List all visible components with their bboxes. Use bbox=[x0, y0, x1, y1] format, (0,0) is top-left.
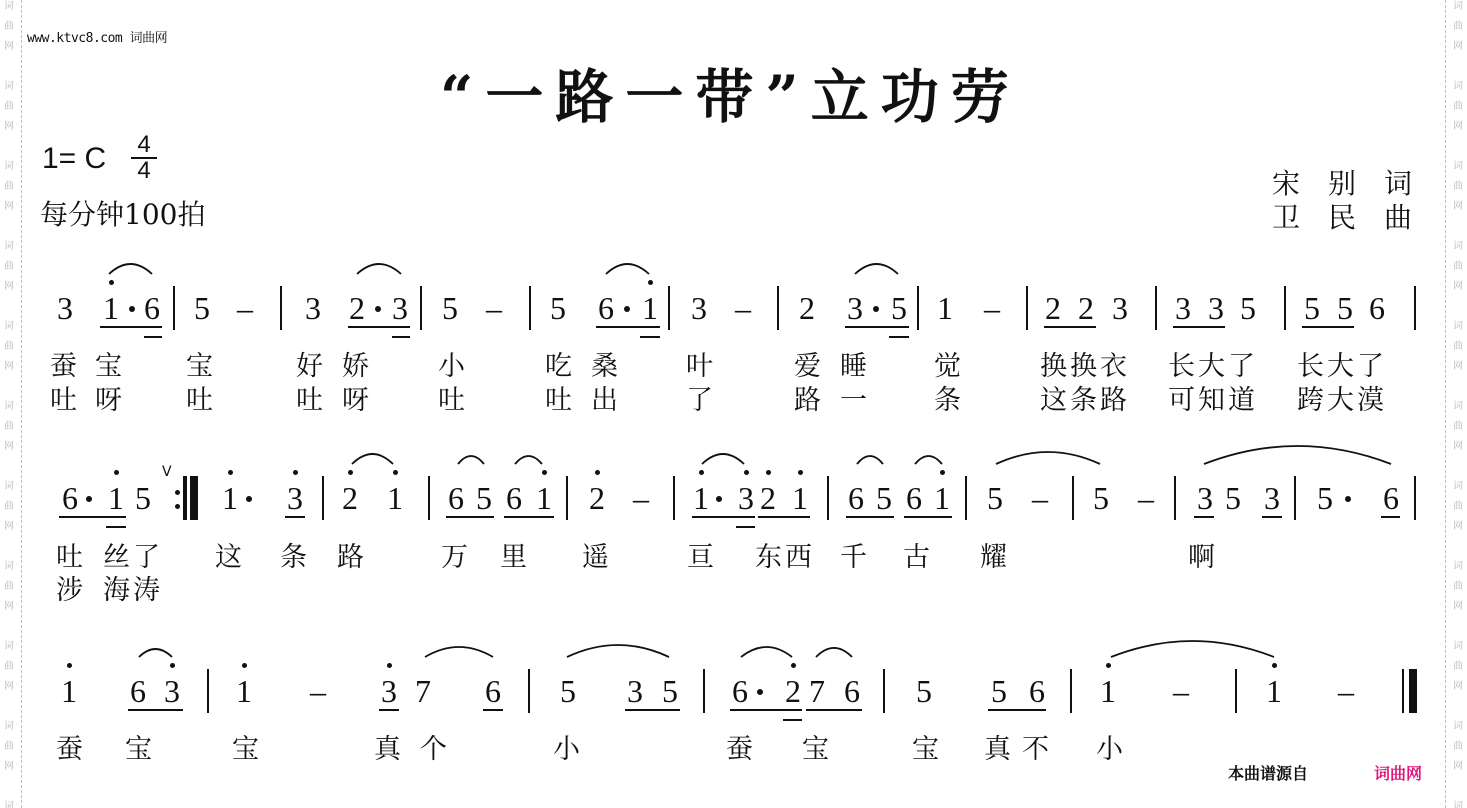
watermark-char: 网 bbox=[1451, 282, 1465, 292]
slur-arc bbox=[457, 454, 485, 466]
dash-extension: – bbox=[631, 482, 651, 514]
watermark-char: 词 bbox=[2, 2, 16, 12]
dash-extension: – bbox=[982, 292, 1002, 324]
beam-underline bbox=[59, 516, 126, 518]
note: 2 bbox=[1076, 292, 1096, 324]
watermark-char: 词 bbox=[1451, 2, 1465, 12]
watermark-char: 网 bbox=[2, 442, 16, 452]
dash-extension: – bbox=[1136, 482, 1156, 514]
lyric-syllable: 蚕 bbox=[50, 352, 77, 382]
watermark-char: 词 bbox=[1451, 482, 1465, 492]
repeat-dot bbox=[175, 490, 180, 495]
watermark-char: 词 bbox=[2, 802, 16, 808]
slur-arc bbox=[1203, 444, 1392, 466]
dash-extension: – bbox=[308, 675, 328, 707]
slur-arc bbox=[856, 454, 884, 466]
beam-underline bbox=[845, 326, 909, 328]
note: 3 bbox=[285, 482, 305, 514]
barline bbox=[1284, 286, 1286, 330]
lyric-syllable: 长大了 bbox=[1168, 352, 1258, 382]
note: 7 bbox=[413, 675, 433, 707]
note: 6 bbox=[846, 482, 866, 514]
note: 1 bbox=[1098, 675, 1118, 707]
note: 5 bbox=[548, 292, 568, 324]
slur-arc bbox=[605, 262, 650, 276]
high-octave-dot bbox=[791, 663, 796, 668]
barline bbox=[528, 669, 530, 713]
beam-underline bbox=[100, 326, 162, 328]
lyric-syllable: 睡 bbox=[840, 352, 867, 382]
beam-underline bbox=[144, 336, 162, 338]
augmentation-dot bbox=[624, 306, 630, 312]
lyric-syllable: 了 bbox=[686, 386, 713, 416]
augmentation-dot bbox=[86, 496, 92, 502]
slur-arc bbox=[356, 262, 402, 276]
note: 5 bbox=[192, 292, 212, 324]
note: 5 bbox=[874, 482, 894, 514]
slur-arc bbox=[108, 262, 153, 276]
watermark-char: 曲 bbox=[2, 422, 16, 432]
song-title: “一路一带”立功劳 bbox=[440, 62, 1060, 132]
barline bbox=[1235, 669, 1237, 713]
note: 1 bbox=[534, 482, 554, 514]
lyric-syllable: 里 bbox=[500, 543, 527, 573]
watermark-char: 曲 bbox=[2, 662, 16, 672]
high-octave-dot bbox=[595, 470, 600, 475]
note: 3 bbox=[303, 292, 323, 324]
lyric-syllable: 蚕 bbox=[56, 735, 83, 765]
key-signature: 1= C bbox=[42, 142, 106, 176]
watermark-char: 曲 bbox=[1451, 662, 1465, 672]
watermark-char: 词 bbox=[1451, 722, 1465, 732]
lyric-syllable: 条 bbox=[280, 543, 307, 573]
repeat-dot bbox=[175, 504, 180, 509]
watermark-char: 曲 bbox=[2, 502, 16, 512]
watermark-char: 网 bbox=[1451, 602, 1465, 612]
lyric-syllable: 换换衣 bbox=[1040, 352, 1130, 382]
high-octave-dot bbox=[798, 470, 803, 475]
slur-arc bbox=[740, 645, 793, 659]
watermark-char: 词 bbox=[2, 402, 16, 412]
site-name[interactable]: 词曲网 bbox=[130, 31, 168, 46]
beam-underline bbox=[1194, 516, 1214, 518]
barline bbox=[827, 476, 829, 520]
high-octave-dot bbox=[242, 663, 247, 668]
time-signature-bottom: 4 bbox=[131, 160, 157, 182]
lyric-syllable: 呀 bbox=[95, 386, 122, 416]
barline bbox=[1414, 286, 1416, 330]
lyric-syllable: 真 bbox=[374, 735, 401, 765]
lyric-syllable: 吐 bbox=[186, 386, 213, 416]
watermark-char: 曲 bbox=[1451, 502, 1465, 512]
barline bbox=[173, 286, 175, 330]
lyric-syllable: 小 bbox=[1096, 735, 1123, 765]
watermark-char: 网 bbox=[1451, 362, 1465, 372]
watermark-char: 网 bbox=[2, 202, 16, 212]
dash-extension: – bbox=[235, 292, 255, 324]
watermark-char: 曲 bbox=[2, 342, 16, 352]
lyric-syllable: 爱 bbox=[794, 352, 821, 382]
note: 7 bbox=[807, 675, 827, 707]
note: 5 bbox=[1302, 292, 1322, 324]
source-label: 本曲谱源自 bbox=[1228, 761, 1308, 784]
note: 2 bbox=[1043, 292, 1063, 324]
beam-underline bbox=[1262, 516, 1282, 518]
note: 5 bbox=[440, 292, 460, 324]
watermark-char: 词 bbox=[2, 82, 16, 92]
repeat-thin-bar bbox=[183, 476, 185, 520]
watermark-char: 词 bbox=[2, 722, 16, 732]
beam-underline bbox=[504, 516, 554, 518]
composer-credit: 卫民曲 bbox=[1272, 196, 1440, 236]
high-octave-dot bbox=[766, 470, 771, 475]
note: 2 bbox=[758, 482, 778, 514]
barline bbox=[1155, 286, 1157, 330]
beam-underline bbox=[783, 719, 802, 721]
slur-arc bbox=[351, 452, 394, 466]
lyric-syllable: 个 bbox=[420, 735, 447, 765]
lyric-syllable: 可知道 bbox=[1168, 386, 1258, 416]
note: 3 bbox=[1206, 292, 1226, 324]
watermark-char: 曲 bbox=[2, 742, 16, 752]
slur-arc bbox=[815, 646, 853, 659]
slur-arc bbox=[914, 454, 943, 466]
beam-underline bbox=[736, 526, 755, 528]
note: 3 bbox=[1110, 292, 1130, 324]
high-octave-dot bbox=[109, 280, 114, 285]
lyric-syllable: 这 bbox=[215, 543, 242, 573]
barline bbox=[1026, 286, 1028, 330]
note: 6 bbox=[730, 675, 750, 707]
note: 5 bbox=[1091, 482, 1111, 514]
barline bbox=[917, 286, 919, 330]
lyric-syllable: 吐 bbox=[438, 386, 465, 416]
high-octave-dot bbox=[542, 470, 547, 475]
note: 1 bbox=[59, 675, 79, 707]
beam-underline bbox=[483, 709, 503, 711]
beam-underline bbox=[1173, 326, 1225, 328]
note: 6 bbox=[596, 292, 616, 324]
augmentation-dot bbox=[757, 689, 763, 695]
augmentation-dot bbox=[375, 306, 381, 312]
lyric-syllable: 宝 bbox=[95, 352, 122, 382]
slur-arc bbox=[138, 647, 173, 659]
watermark-char: 词 bbox=[2, 482, 16, 492]
watermark-char: 曲 bbox=[2, 182, 16, 192]
note: 5 bbox=[1223, 482, 1243, 514]
lyric-syllable: 亘 bbox=[687, 543, 714, 573]
lyric-syllable: 涉 bbox=[56, 576, 83, 606]
beam-underline bbox=[988, 709, 1046, 711]
high-octave-dot bbox=[648, 280, 653, 285]
lyric-syllable: 跨大漠 bbox=[1297, 386, 1387, 416]
lyric-syllable: 宝 bbox=[912, 735, 939, 765]
barline bbox=[703, 669, 705, 713]
watermark-char: 曲 bbox=[2, 262, 16, 272]
note: 6 bbox=[446, 482, 466, 514]
high-octave-dot bbox=[348, 470, 353, 475]
watermark-char: 网 bbox=[1451, 682, 1465, 692]
lyric-syllable: 觉 bbox=[934, 352, 961, 382]
augmentation-dot bbox=[1345, 496, 1351, 502]
beam-underline bbox=[846, 516, 894, 518]
lyric-syllable: 蚕 bbox=[726, 735, 753, 765]
watermark-char: 曲 bbox=[1451, 262, 1465, 272]
note: 2 bbox=[347, 292, 367, 324]
lyric-syllable: 耀 bbox=[980, 543, 1007, 573]
note: 5 bbox=[1238, 292, 1258, 324]
lyric-syllable: 好 bbox=[296, 352, 323, 382]
watermark-char: 网 bbox=[2, 282, 16, 292]
note: 6 bbox=[1381, 482, 1401, 514]
note: 1 bbox=[691, 482, 711, 514]
barline bbox=[207, 669, 209, 713]
lyric-syllable: 这条路 bbox=[1040, 386, 1130, 416]
dash-extension: – bbox=[1171, 675, 1191, 707]
lyric-syllable: 一 bbox=[840, 386, 867, 416]
watermark-char: 曲 bbox=[2, 582, 16, 592]
barline bbox=[420, 286, 422, 330]
note: 1 bbox=[935, 292, 955, 324]
source-site-link[interactable]: 词曲网 bbox=[1374, 761, 1422, 784]
watermark-char: 曲 bbox=[1451, 742, 1465, 752]
high-octave-dot bbox=[1106, 663, 1111, 668]
note: 1 bbox=[234, 675, 254, 707]
watermark-char: 词 bbox=[1451, 802, 1465, 808]
lyric-syllable: 桑 bbox=[591, 352, 618, 382]
note: 6 bbox=[142, 292, 162, 324]
watermark-char: 词 bbox=[1451, 82, 1465, 92]
beam-underline bbox=[692, 516, 755, 518]
augmentation-dot bbox=[716, 496, 722, 502]
lyric-syllable: 叶 bbox=[686, 352, 713, 382]
barline bbox=[965, 476, 967, 520]
watermark-char: 词 bbox=[2, 642, 16, 652]
high-octave-dot bbox=[170, 663, 175, 668]
lyric-syllable: 吐 bbox=[545, 386, 572, 416]
note: 5 bbox=[1315, 482, 1335, 514]
high-octave-dot bbox=[228, 470, 233, 475]
note: 5 bbox=[133, 482, 153, 514]
beam-underline bbox=[625, 709, 680, 711]
slur-arc bbox=[854, 262, 899, 276]
note: 3 bbox=[55, 292, 75, 324]
lyric-syllable: 万 bbox=[441, 543, 468, 573]
right-watermark-strip: 词曲网词曲网词曲网词曲网词曲网词曲网词曲网词曲网词曲网词曲网词 bbox=[1445, 0, 1467, 808]
lyric-syllable: 吐 bbox=[56, 543, 83, 573]
high-octave-dot bbox=[744, 470, 749, 475]
high-octave-dot bbox=[1272, 663, 1277, 668]
note: 5 bbox=[989, 675, 1009, 707]
high-octave-dot bbox=[699, 470, 704, 475]
note: 1 bbox=[106, 482, 126, 514]
beam-underline bbox=[128, 709, 183, 711]
note: 3 bbox=[1173, 292, 1193, 324]
slur-arc bbox=[566, 643, 670, 659]
watermark-char: 词 bbox=[2, 562, 16, 572]
barline bbox=[529, 286, 531, 330]
barline bbox=[673, 476, 675, 520]
final-thick-bar bbox=[1409, 669, 1417, 713]
beam-underline bbox=[392, 336, 410, 338]
lyric-syllable: 海涛 bbox=[103, 576, 163, 606]
note: 6 bbox=[1367, 292, 1387, 324]
note: 3 bbox=[379, 675, 399, 707]
dash-extension: – bbox=[1030, 482, 1050, 514]
note: 6 bbox=[1027, 675, 1047, 707]
lyric-syllable: 娇 bbox=[342, 352, 369, 382]
note: 1 bbox=[101, 292, 121, 324]
watermark-char: 词 bbox=[2, 242, 16, 252]
watermark-char: 网 bbox=[2, 682, 16, 692]
note: 3 bbox=[845, 292, 865, 324]
watermark-char: 网 bbox=[1451, 442, 1465, 452]
lyric-syllable: 呀 bbox=[342, 386, 369, 416]
lyric-syllable: 啊 bbox=[1188, 543, 1215, 573]
watermark-char: 词 bbox=[1451, 162, 1465, 172]
barline bbox=[428, 476, 430, 520]
lyric-syllable: 路 bbox=[337, 543, 364, 573]
note: 6 bbox=[483, 675, 503, 707]
breath-mark: V bbox=[162, 464, 172, 480]
dash-extension: – bbox=[1336, 675, 1356, 707]
repeat-thick-bar bbox=[190, 476, 198, 520]
watermark-char: 网 bbox=[2, 362, 16, 372]
note: 3 bbox=[689, 292, 709, 324]
barline bbox=[322, 476, 324, 520]
note: 1 bbox=[220, 482, 240, 514]
lyric-syllable: 路 bbox=[794, 386, 821, 416]
watermark-char: 曲 bbox=[2, 22, 16, 32]
site-url[interactable]: www.ktvc8.com bbox=[27, 31, 122, 46]
note: 5 bbox=[474, 482, 494, 514]
beam-underline bbox=[348, 326, 410, 328]
left-watermark-strip: 词曲网词曲网词曲网词曲网词曲网词曲网词曲网词曲网词曲网词曲网词 bbox=[0, 0, 22, 808]
note: 1 bbox=[1264, 675, 1284, 707]
lyric-syllable: 丝了 bbox=[103, 543, 163, 573]
barline bbox=[777, 286, 779, 330]
barline bbox=[1070, 669, 1072, 713]
watermark-char: 网 bbox=[1451, 202, 1465, 212]
note: 3 bbox=[1262, 482, 1282, 514]
lyric-syllable: 吃 bbox=[545, 352, 572, 382]
lyric-syllable: 宝 bbox=[125, 735, 152, 765]
beam-underline bbox=[904, 516, 952, 518]
barline bbox=[1174, 476, 1176, 520]
beam-underline bbox=[1302, 326, 1354, 328]
barline bbox=[566, 476, 568, 520]
note: 6 bbox=[842, 675, 862, 707]
watermark-char: 曲 bbox=[1451, 22, 1465, 32]
watermark-char: 网 bbox=[2, 602, 16, 612]
lyric-syllable: 吐 bbox=[296, 386, 323, 416]
beam-underline bbox=[596, 326, 660, 328]
note: 5 bbox=[558, 675, 578, 707]
beam-underline bbox=[758, 516, 810, 518]
note: 5 bbox=[1335, 292, 1355, 324]
note: 5 bbox=[889, 292, 909, 324]
note: 6 bbox=[904, 482, 924, 514]
high-octave-dot bbox=[293, 470, 298, 475]
augmentation-dot bbox=[129, 306, 135, 312]
beam-underline bbox=[640, 336, 660, 338]
lyric-syllable: 小 bbox=[553, 735, 580, 765]
watermark-char: 词 bbox=[1451, 562, 1465, 572]
lyric-syllable: 真 bbox=[984, 735, 1011, 765]
slur-arc bbox=[424, 645, 494, 659]
beam-underline bbox=[1381, 516, 1400, 518]
watermark-char: 网 bbox=[1451, 42, 1465, 52]
note: 6 bbox=[504, 482, 524, 514]
beam-underline bbox=[730, 709, 802, 711]
barline bbox=[185, 476, 187, 520]
watermark-char: 曲 bbox=[1451, 422, 1465, 432]
watermark-char: 网 bbox=[1451, 522, 1465, 532]
note: 1 bbox=[385, 482, 405, 514]
note: 3 bbox=[1195, 482, 1215, 514]
barline bbox=[1072, 476, 1074, 520]
lyric-syllable: 千 bbox=[840, 543, 867, 573]
slur-arc bbox=[701, 452, 745, 466]
barline bbox=[883, 669, 885, 713]
watermark-char: 网 bbox=[2, 122, 16, 132]
augmentation-dot bbox=[246, 496, 252, 502]
note: 2 bbox=[783, 675, 803, 707]
watermark-char: 网 bbox=[2, 762, 16, 772]
high-octave-dot bbox=[940, 470, 945, 475]
note: 2 bbox=[340, 482, 360, 514]
note: 6 bbox=[128, 675, 148, 707]
lyric-syllable: 古 bbox=[903, 543, 930, 573]
note: 3 bbox=[162, 675, 182, 707]
slur-arc bbox=[995, 450, 1101, 466]
watermark-char: 词 bbox=[1451, 322, 1465, 332]
beam-underline bbox=[889, 336, 909, 338]
note: 3 bbox=[390, 292, 410, 324]
watermark-char: 曲 bbox=[1451, 342, 1465, 352]
barline bbox=[1414, 476, 1416, 520]
lyric-syllable: 出 bbox=[591, 386, 618, 416]
lyric-syllable: 宝 bbox=[186, 352, 213, 382]
high-octave-dot bbox=[393, 470, 398, 475]
augmentation-dot bbox=[873, 306, 879, 312]
watermark-char: 网 bbox=[1451, 762, 1465, 772]
note: 5 bbox=[914, 675, 934, 707]
time-signature: 4 4 bbox=[131, 134, 157, 182]
watermark-char: 词 bbox=[2, 322, 16, 332]
watermark-char: 词 bbox=[1451, 242, 1465, 252]
watermark-char: 词 bbox=[1451, 642, 1465, 652]
lyric-syllable: 遥 bbox=[582, 543, 609, 573]
beam-underline bbox=[106, 526, 126, 528]
time-signature-top: 4 bbox=[131, 134, 157, 156]
lyric-syllable: 宝 bbox=[802, 735, 829, 765]
lyric-syllable: 条 bbox=[934, 386, 961, 416]
note: 1 bbox=[790, 482, 810, 514]
watermark-char: 网 bbox=[2, 42, 16, 52]
watermark-char: 曲 bbox=[1451, 102, 1465, 112]
note: 5 bbox=[985, 482, 1005, 514]
note: 6 bbox=[60, 482, 80, 514]
site-header[interactable]: www.ktvc8.com 词曲网 bbox=[27, 27, 167, 46]
note: 3 bbox=[625, 675, 645, 707]
note: 3 bbox=[736, 482, 756, 514]
watermark-char: 网 bbox=[1451, 122, 1465, 132]
watermark-char: 词 bbox=[1451, 402, 1465, 412]
note: 1 bbox=[640, 292, 660, 324]
barline bbox=[1294, 476, 1296, 520]
tempo-marking: 每分钟100拍 bbox=[40, 193, 205, 233]
